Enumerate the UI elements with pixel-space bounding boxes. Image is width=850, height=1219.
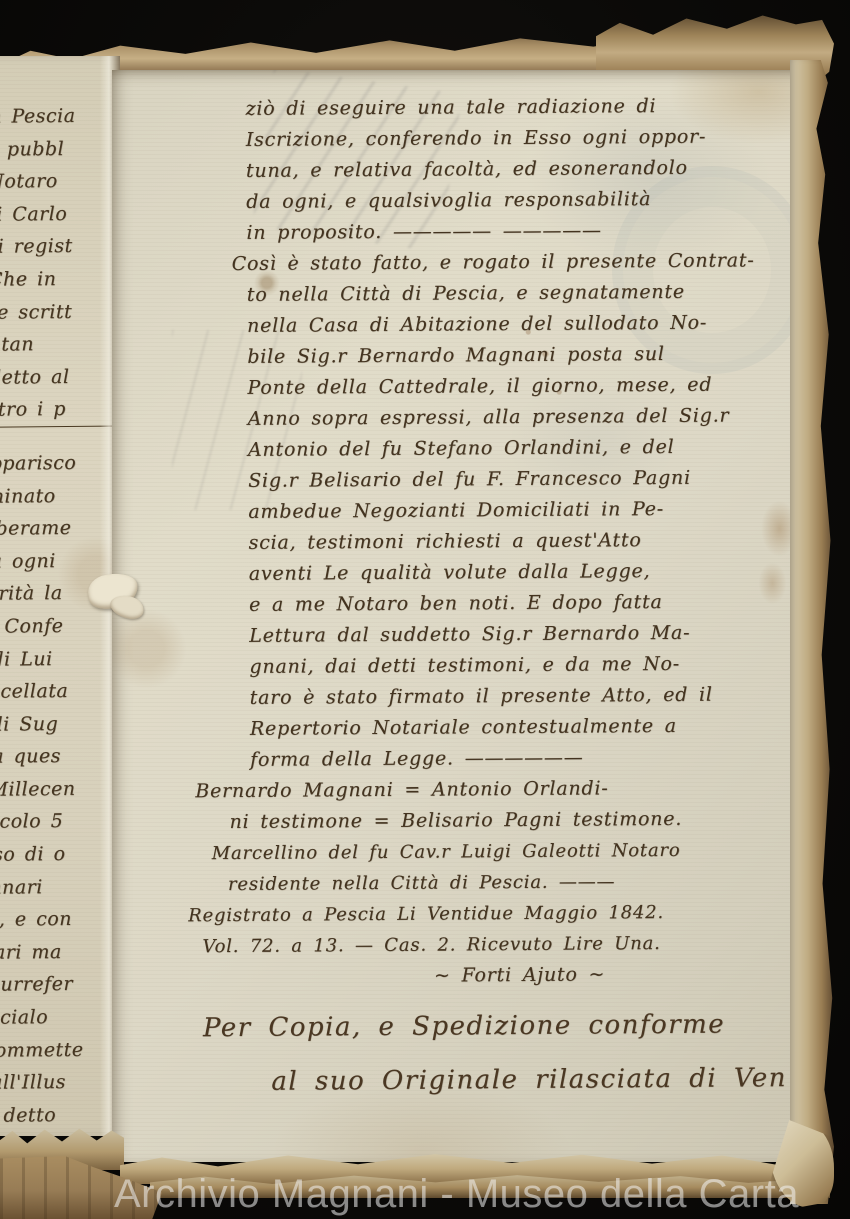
manuscript-line: Ponte della Cattedrale, il giorno, mese,… — [232, 369, 798, 404]
manuscript-line: Anno sopra espressi, alla presenza del S… — [233, 400, 799, 435]
manuscript-line: Vol. 72. a 13. — Cas. 2. Ricevuto Lire U… — [202, 927, 800, 962]
manuscript-line: gnani, dai detti testimoni, e da me No- — [234, 648, 800, 683]
manuscript-line: Antonio del fu Stefano Orlandini, e del — [233, 431, 799, 466]
manuscript-line: forma della Legge. —————— — [235, 741, 800, 776]
manuscript-line: ziò di eseguire una tale radiazione di — [230, 90, 796, 125]
manuscript-line: Così è stato fatto, e rogato il presente… — [232, 245, 798, 280]
manuscript-line: Registrato a Pescia Li Ventidue Maggio 1… — [188, 896, 800, 931]
main-page-text: ziò di eseguire una tale radiazione diIs… — [230, 90, 800, 1109]
manuscript-line: al suo Originale rilasciata di Ven — [271, 1051, 800, 1109]
manuscript-line: Repertorio Notariale contestualmente a — [235, 710, 800, 745]
manuscript-line: bile Sig.r Bernardo Magnani posta sul — [232, 338, 798, 373]
manuscript-line: aventi Le qualità volute dalla Legge, — [234, 555, 800, 590]
manuscript-line: da ogni, e qualsivoglia responsabilità — [231, 183, 797, 218]
manuscript-line: to nella Città di Pescia, e segnatamente — [232, 276, 798, 311]
manuscript-line: taro è stato firmato il presente Atto, e… — [235, 679, 800, 714]
manuscript-line: scia, testimoni richiesti a quest'Atto — [233, 524, 799, 559]
manuscript-line: Bernardo Magnani = Antonio Orlandi- — [195, 772, 800, 807]
manuscript-line: nella Casa di Abitazione del sullodato N… — [232, 307, 798, 342]
manuscript-line: residente nella Città di Pescia. ——— — [228, 865, 800, 900]
manuscript-line: ~ Forti Ajuto ~ — [237, 958, 800, 993]
manuscript-line: tuna, e relativa facoltà, ed esonerandol… — [231, 152, 797, 187]
manuscript-line: in proposito. ————— ————— — [231, 214, 797, 249]
manuscript-line: Lettura dal suddetto Sig.r Bernardo Ma- — [234, 617, 800, 652]
manuscript-line: Marcellino del fu Cav.r Luigi Galeotti N… — [212, 834, 800, 869]
right-deckle-edge — [790, 60, 834, 1204]
manuscript-line: Per Copia, e Spedizione conforme — [203, 997, 800, 1055]
archive-watermark: Archivio Magnani - Museo della Carta — [114, 1172, 799, 1217]
manuscript-line: Sig.r Belisario del fu F. Francesco Pagn… — [233, 462, 799, 497]
scanned-manuscript-page: in Pesciaal pubblNotarodi Carloivi regis… — [0, 0, 850, 1219]
manuscript-line: ambedue Negozianti Domiciliati in Pe- — [233, 493, 799, 528]
manuscript-line: Iscrizione, conferendo in Esso ogni oppo… — [231, 121, 797, 156]
manuscript-line: ni testimone = Belisario Pagni testimone… — [229, 803, 800, 838]
manuscript-line: e a me Notaro ben noti. E dopo fatta — [234, 586, 800, 621]
main-page: ziò di eseguire una tale radiazione diIs… — [112, 70, 800, 1162]
